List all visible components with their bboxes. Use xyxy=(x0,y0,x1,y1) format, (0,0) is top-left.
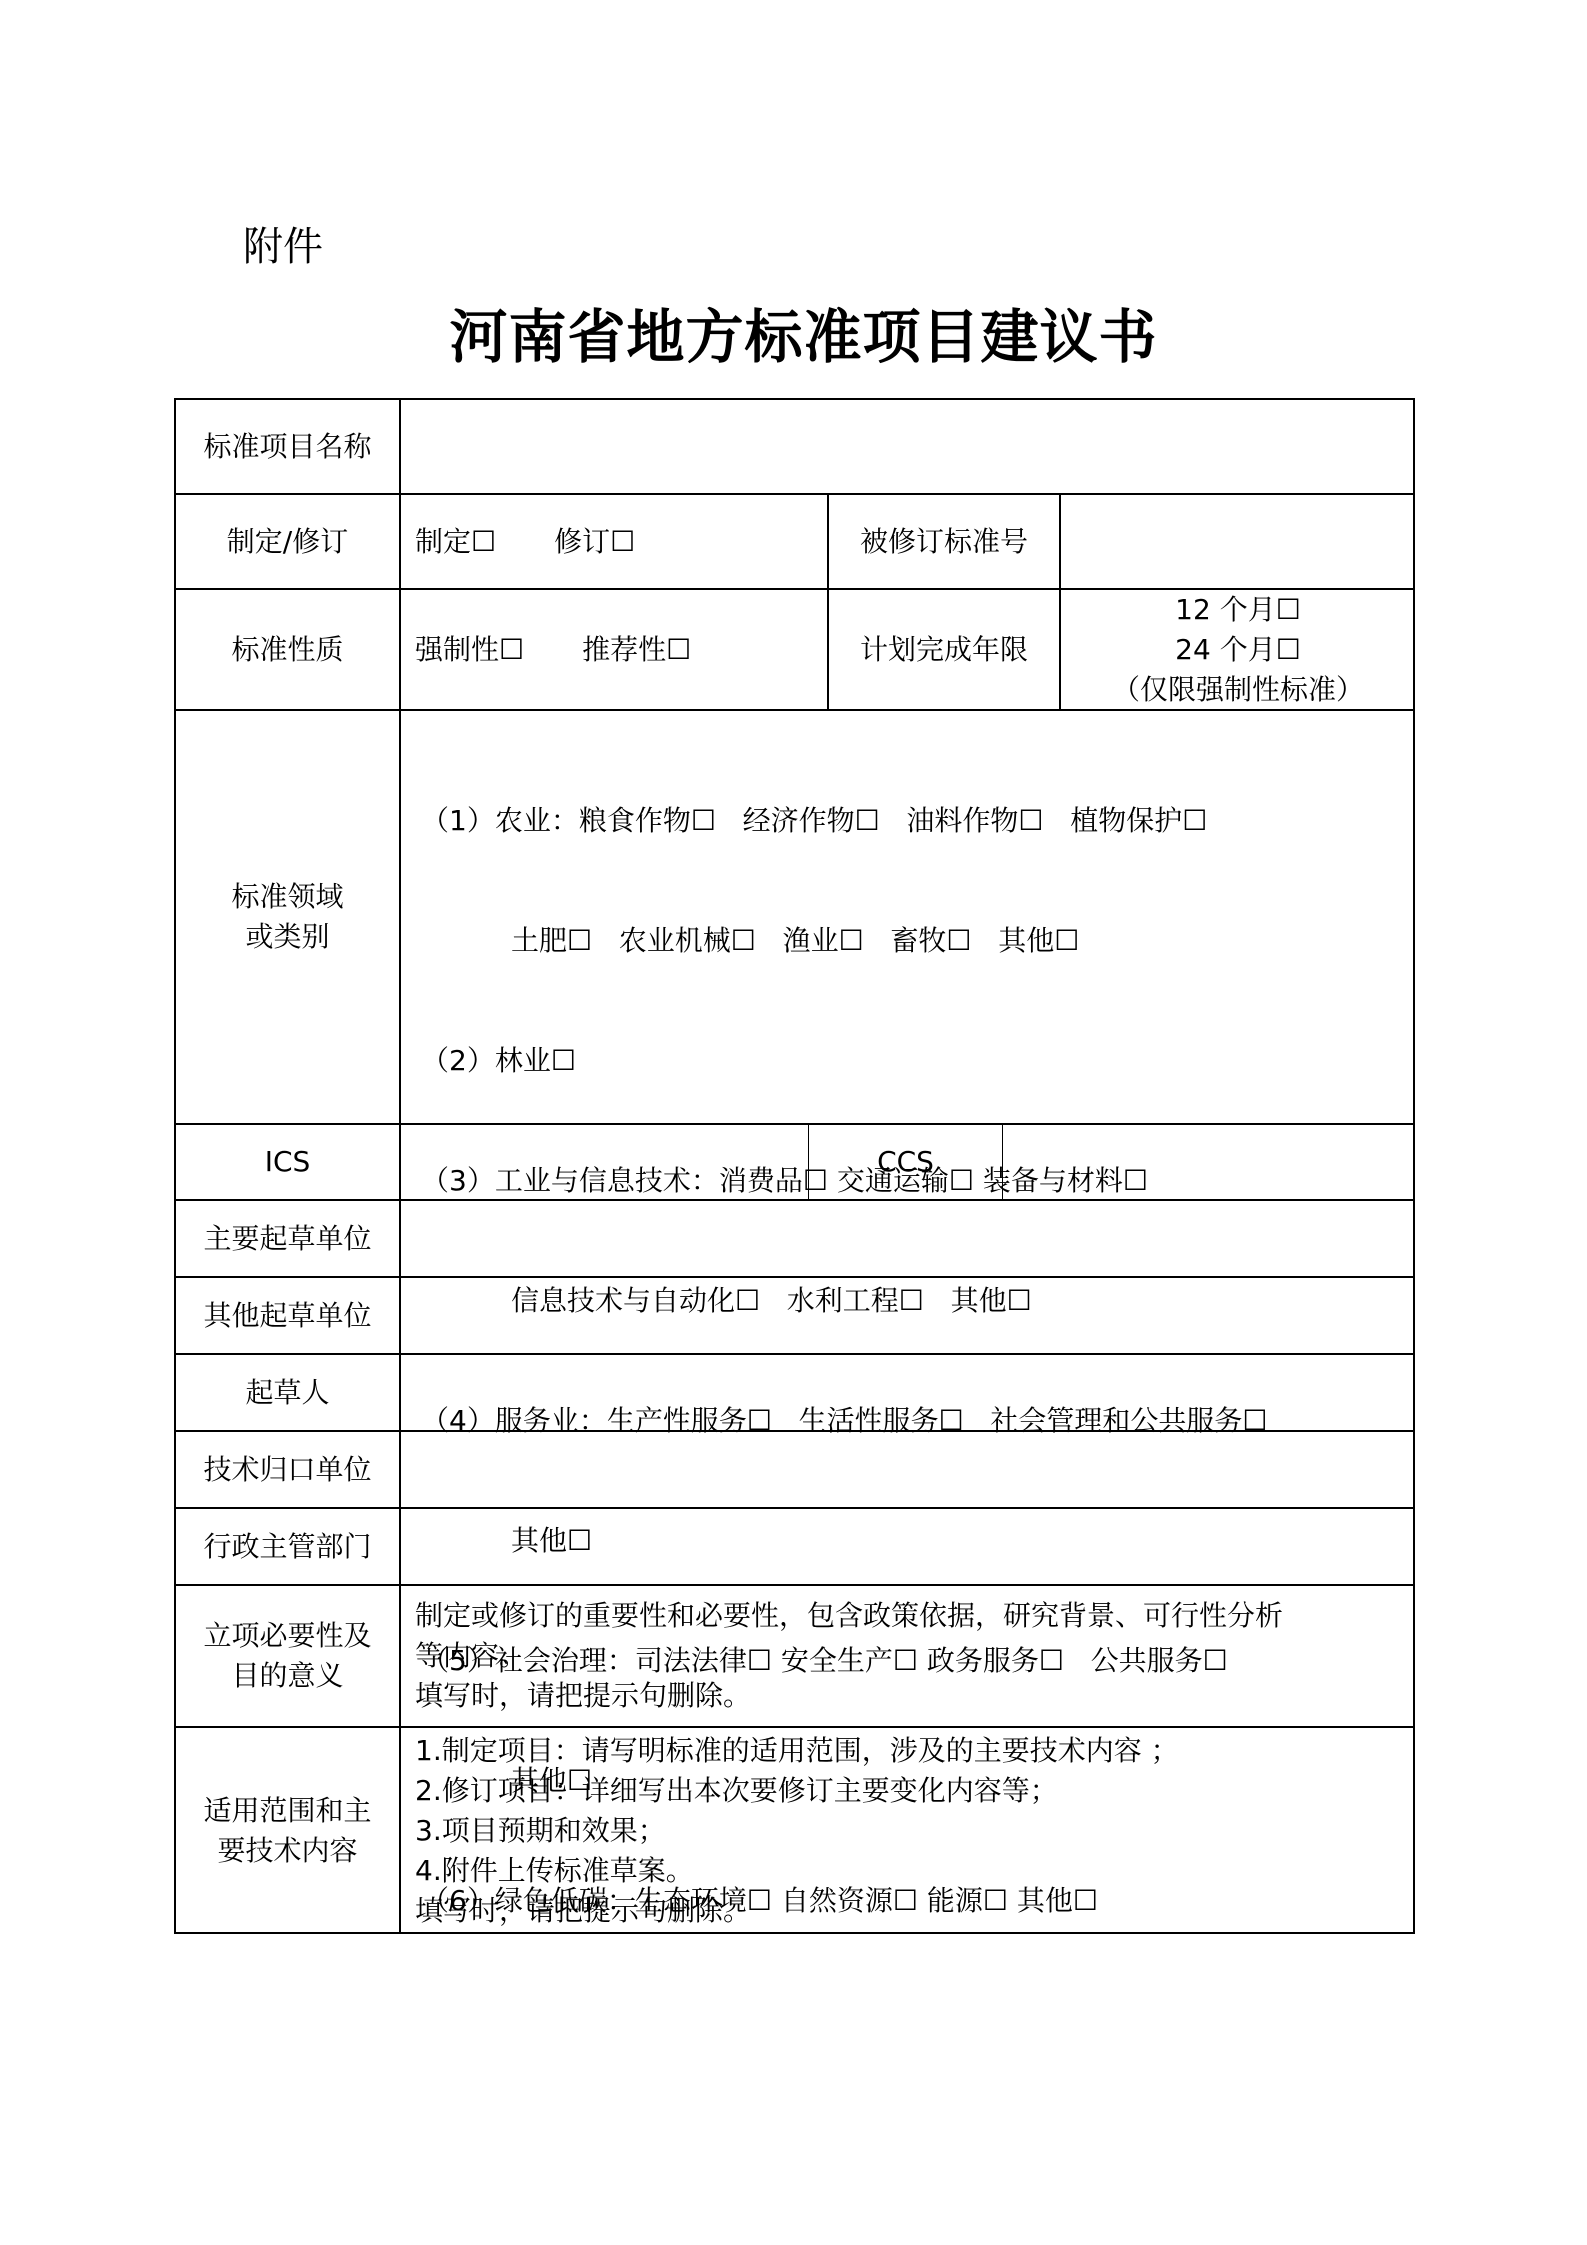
nature-label-text: 标准性质 xyxy=(231,630,343,670)
revision-options: 制定☐ 修订☐ xyxy=(401,495,829,590)
project-name-label-text: 标准项目名称 xyxy=(203,427,371,467)
option-12-months-checkbox[interactable]: 12 个月☐ xyxy=(1175,590,1301,630)
ics-label-text: ICS xyxy=(265,1142,311,1182)
deadline-label-text: 计划完成年限 xyxy=(860,630,1028,670)
scope-label-line2: 要技术内容 xyxy=(217,1831,357,1871)
scope-hint-line4: 4.附件上传标准草案。 xyxy=(415,1851,694,1891)
deadline-label: 计划完成年限 xyxy=(829,590,1061,711)
drafter-label: 起草人 xyxy=(176,1355,401,1432)
necessity-hint-line2: 等内容。 xyxy=(415,1636,527,1676)
other-drafter-org-label-text: 其他起草单位 xyxy=(203,1296,371,1336)
main-drafter-org-label: 主要起草单位 xyxy=(176,1201,401,1278)
domain-label-line1: 标准领域 xyxy=(231,877,343,917)
project-name-field[interactable] xyxy=(401,400,1415,495)
option-revise-checkbox[interactable]: 修订☐ xyxy=(554,522,635,562)
nature-label: 标准性质 xyxy=(176,590,401,711)
revised-standard-label-text: 被修订标准号 xyxy=(860,522,1028,562)
annex-label: 附件 xyxy=(243,215,323,272)
nature-options: 强制性☐ 推荐性☐ xyxy=(401,590,829,711)
option-recommended-checkbox[interactable]: 推荐性☐ xyxy=(582,630,691,670)
proposal-form-table: 标准项目名称 制定/修订 制定☐ 修订☐ 被修订标准号 标准性质 强制性☐ 推荐… xyxy=(174,398,1415,1934)
scope-field[interactable]: 1.制定项目：请写明标准的适用范围，涉及的主要技术内容 ； 2.修订项目：详细写… xyxy=(401,1728,1415,1934)
main-drafter-org-field[interactable] xyxy=(401,1201,1415,1278)
domain-options: （1）农业：粮食作物☐ 经济作物☐ 油料作物☐ 植物保护☐ 土肥☐ 农业机械☐ … xyxy=(401,711,1415,1125)
deadline-note: （仅限强制性标准） xyxy=(1112,670,1364,710)
revision-label-text: 制定/修订 xyxy=(227,522,348,562)
project-name-label: 标准项目名称 xyxy=(176,400,401,495)
necessity-label-line1: 立项必要性及 xyxy=(203,1616,371,1656)
option-24-months-checkbox[interactable]: 24 个月☐ xyxy=(1175,630,1301,670)
scope-hint-line2: 2.修订项目：详细写出本次要修订主要变化内容等； xyxy=(415,1771,1058,1811)
revised-standard-label: 被修订标准号 xyxy=(829,495,1061,590)
scope-hint-line1: 1.制定项目：请写明标准的适用范围，涉及的主要技术内容 ； xyxy=(415,1731,1179,1771)
page-title: 河南省地方标准项目建议书 xyxy=(0,290,1587,374)
scope-hint-line5: 填写时，请把提示句删除。 xyxy=(415,1891,751,1931)
revised-standard-field[interactable] xyxy=(1061,495,1415,590)
domain-forestry[interactable]: （2）林业☐ xyxy=(421,1041,1268,1081)
ccs-label-text: CCS xyxy=(877,1142,934,1182)
scope-hint-line3: 3.项目预期和效果； xyxy=(415,1811,666,1851)
other-drafter-org-field[interactable] xyxy=(401,1278,1415,1355)
domain-label: 标准领域 或类别 xyxy=(176,711,401,1125)
domain-agriculture-line1[interactable]: （1）农业：粮食作物☐ 经济作物☐ 油料作物☐ 植物保护☐ xyxy=(421,801,1268,841)
admin-dept-label: 行政主管部门 xyxy=(176,1509,401,1586)
scope-label-line1: 适用范围和主 xyxy=(203,1791,371,1831)
domain-label-line2: 或类别 xyxy=(245,917,329,957)
domain-agriculture-line2[interactable]: 土肥☐ 农业机械☐ 渔业☐ 畜牧☐ 其他☐ xyxy=(421,921,1268,961)
admin-dept-label-text: 行政主管部门 xyxy=(203,1527,371,1567)
tech-org-field[interactable] xyxy=(401,1432,1415,1509)
drafter-label-text: 起草人 xyxy=(245,1373,329,1413)
option-establish-checkbox[interactable]: 制定☐ xyxy=(415,522,496,562)
tech-org-label-text: 技术归口单位 xyxy=(203,1450,371,1490)
necessity-hint-line1: 制定或修订的重要性和必要性，包含政策依据，研究背景、可行性分析 xyxy=(415,1596,1283,1636)
ccs-label: CCS xyxy=(809,1125,1003,1201)
drafter-field[interactable] xyxy=(401,1355,1415,1432)
necessity-label: 立项必要性及 目的意义 xyxy=(176,1586,401,1728)
option-mandatory-checkbox[interactable]: 强制性☐ xyxy=(415,630,524,670)
tech-org-label: 技术归口单位 xyxy=(176,1432,401,1509)
ics-field[interactable] xyxy=(401,1125,809,1201)
necessity-label-line2: 目的意义 xyxy=(231,1656,343,1696)
ics-label: ICS xyxy=(176,1125,401,1201)
deadline-options: 12 个月☐ 24 个月☐ （仅限强制性标准） xyxy=(1061,590,1415,711)
necessity-hint-line3: 填写时，请把提示句删除。 xyxy=(415,1676,751,1716)
admin-dept-field[interactable] xyxy=(401,1509,1415,1586)
main-drafter-org-label-text: 主要起草单位 xyxy=(203,1219,371,1259)
scope-label: 适用范围和主 要技术内容 xyxy=(176,1728,401,1934)
revision-label: 制定/修订 xyxy=(176,495,401,590)
other-drafter-org-label: 其他起草单位 xyxy=(176,1278,401,1355)
necessity-field[interactable]: 制定或修订的重要性和必要性，包含政策依据，研究背景、可行性分析 等内容。 填写时… xyxy=(401,1586,1415,1728)
ccs-field[interactable] xyxy=(1003,1125,1415,1201)
